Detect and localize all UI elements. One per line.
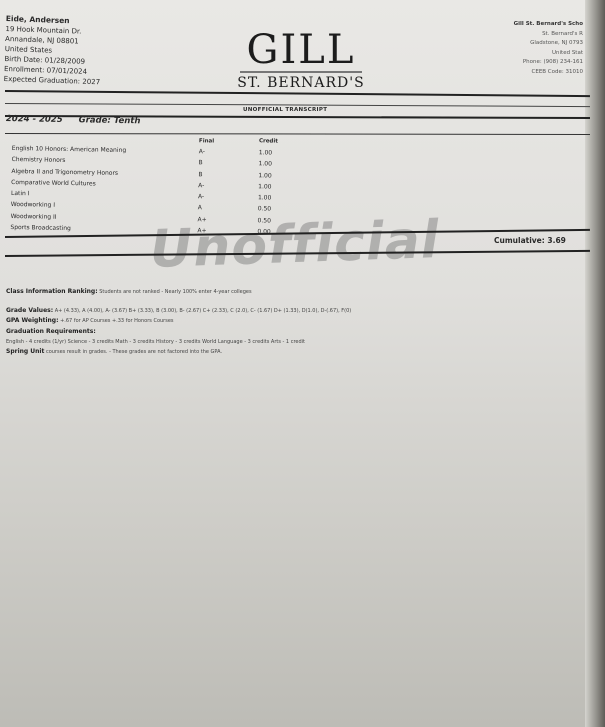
logo-st-bernards: ST. BERNARD'S — [236, 75, 366, 91]
notes-spacer — [6, 297, 351, 306]
grade-values-label: Grade Values: — [6, 307, 53, 314]
course-final: B — [199, 160, 203, 167]
school-country: United Stat — [514, 49, 583, 59]
school-name: Gill St. Bernard's Scho — [514, 20, 583, 30]
school-ceeb-code: CEEB Code: 31010 — [514, 68, 583, 78]
spring-unit-note: Spring Unit courses result in grades. - … — [6, 347, 351, 357]
course-name: Sports Broadcasting — [10, 224, 71, 232]
course-name: Algebra II and Trigonometry Honors — [11, 168, 118, 177]
grade-values-text: A+ (4.33), A (4.00), A- (3.67) B+ (3.33)… — [53, 308, 351, 314]
course-final: B — [198, 171, 202, 178]
unofficial-watermark: Unofficial — [149, 210, 441, 280]
spring-unit-text: courses result in grades. - These grades… — [44, 349, 222, 355]
final-column-header: Final — [199, 138, 214, 144]
course-credit: 1.00 — [258, 194, 271, 201]
school-phone: Phone: (908) 234-161 — [514, 58, 583, 68]
course-final: A- — [199, 148, 205, 155]
school-address-line1: St. Bernard's R — [514, 30, 583, 40]
ranking-text: Students are not ranked - Nearly 100% en… — [98, 289, 252, 295]
student-info: Eide, Andersen 19 Hook Mountain Dr. Anna… — [4, 14, 103, 87]
term-year: 2024 - 2025 — [6, 114, 63, 125]
ranking-note: Class Information Ranking: Students are … — [6, 287, 351, 297]
school-logo: GILL ST. BERNARD'S — [236, 30, 366, 91]
course-credit: 1.00 — [258, 183, 271, 190]
spring-unit-label: Spring Unit — [6, 348, 44, 355]
course-credit: 0.50 — [258, 206, 271, 213]
course-credit: 1.00 — [259, 149, 272, 156]
course-name: Latin I — [11, 190, 30, 197]
logo-gill: GILL — [236, 30, 366, 70]
document-title: UNOFFICIAL TRANSCRIPT — [243, 107, 327, 113]
cumulative-gpa: Cumulative: 3.69 — [494, 236, 566, 245]
course-final: A — [198, 205, 202, 212]
school-info: Gill St. Bernard's Scho St. Bernard's R … — [514, 20, 583, 77]
credit-column-header: Credit — [259, 138, 278, 144]
course-final: A- — [198, 182, 204, 189]
course-credit: 1.00 — [258, 172, 271, 179]
gpa-weighting-text: +.67 for AP Courses +.33 for Honors Cour… — [59, 318, 174, 324]
course-name: Woodworking II — [11, 213, 57, 221]
course-name: English 10 Honors: American Meaning — [12, 145, 126, 154]
course-credit: 1.00 — [259, 161, 272, 168]
graduation-requirements-heading: Graduation Requirements: — [6, 327, 351, 337]
grade-values-note: Grade Values: A+ (4.33), A (4.00), A- (3… — [6, 306, 351, 316]
school-address-line2: Gladstone, NJ 0793 — [514, 39, 583, 49]
term-grade: Grade: Tenth — [79, 115, 141, 126]
graduation-requirements-text: English - 4 credits (1/yr) Science - 3 c… — [6, 337, 351, 347]
transcript-notes: Class Information Ranking: Students are … — [6, 287, 351, 357]
page-edge-shadow — [585, 0, 605, 727]
course-name: Woodworking I — [11, 201, 55, 209]
ranking-label: Class Information Ranking: — [6, 288, 98, 295]
course-name: Comparative World Cultures — [11, 179, 96, 187]
course-final: A- — [198, 193, 204, 200]
gpa-weighting-label: GPA Weighting: — [6, 317, 59, 324]
graduation-requirements-label: Graduation Requirements: — [6, 328, 96, 335]
course-name: Chemistry Honors — [12, 156, 66, 164]
gpa-weighting-note: GPA Weighting: +.67 for AP Courses +.33 … — [6, 316, 351, 326]
